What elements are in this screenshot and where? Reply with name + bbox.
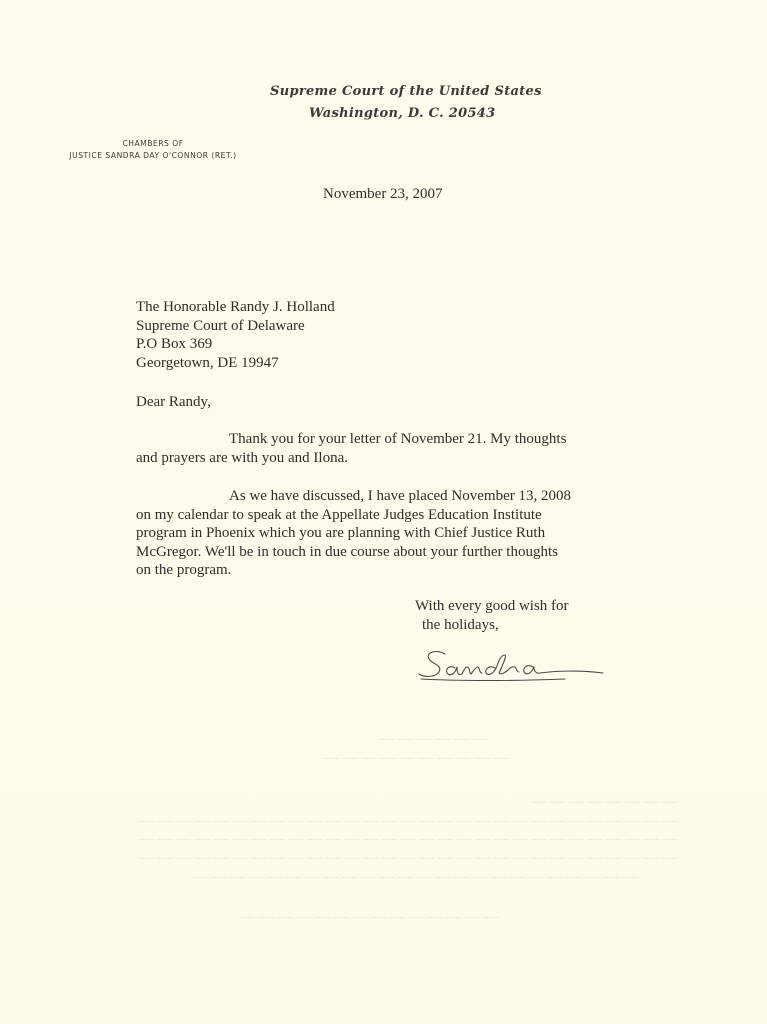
letter-date: November 23, 2007 bbox=[323, 186, 443, 203]
closing-line-1: With every good wish for bbox=[415, 597, 569, 616]
paragraph-line: program in Phoenix which you are plannin… bbox=[136, 524, 571, 543]
letterhead-address: Washington, D. C. 20543 bbox=[309, 106, 495, 121]
recipient-address: The Honorable Randy J. Holland Supreme C… bbox=[136, 298, 335, 372]
recipient-city-state-zip: Georgetown, DE 19947 bbox=[136, 354, 335, 373]
paragraph-line: As we have discussed, I have placed Nove… bbox=[136, 487, 571, 506]
closing-line-2: the holidays, bbox=[415, 616, 569, 635]
paragraph-1: Thank you for your letter of November 21… bbox=[136, 430, 566, 467]
paragraph-line: on the program. bbox=[136, 561, 571, 580]
closing: With every good wish for the holidays, bbox=[415, 597, 569, 634]
recipient-po-box: P.O Box 369 bbox=[136, 335, 335, 354]
signature bbox=[415, 646, 610, 688]
salutation: Dear Randy, bbox=[136, 393, 211, 412]
paragraph-line: Thank you for your letter of November 21… bbox=[136, 430, 566, 449]
chambers-block: CHAMBERS OF JUSTICE SANDRA DAY O'CONNOR … bbox=[53, 139, 253, 160]
handwritten-signature-icon bbox=[415, 646, 610, 688]
chambers-justice-name: JUSTICE SANDRA DAY O'CONNOR (RET.) bbox=[53, 151, 253, 160]
recipient-name: The Honorable Randy J. Holland bbox=[136, 298, 335, 317]
letter-page: Supreme Court of the United States Washi… bbox=[0, 0, 767, 1024]
letterhead-court-name: Supreme Court of the United States bbox=[270, 84, 542, 99]
paragraph-line: and prayers are with you and Ilona. bbox=[136, 449, 566, 468]
paragraph-line: on my calendar to speak at the Appellate… bbox=[136, 506, 571, 525]
reverse-side-show-through: — — — — — — — — — — — — — — — — — — — — … bbox=[138, 730, 678, 930]
recipient-organization: Supreme Court of Delaware bbox=[136, 317, 335, 336]
paragraph-2: As we have discussed, I have placed Nove… bbox=[136, 487, 571, 580]
chambers-label: CHAMBERS OF bbox=[53, 139, 253, 148]
paragraph-line: McGregor. We'll be in touch in due cours… bbox=[136, 543, 571, 562]
